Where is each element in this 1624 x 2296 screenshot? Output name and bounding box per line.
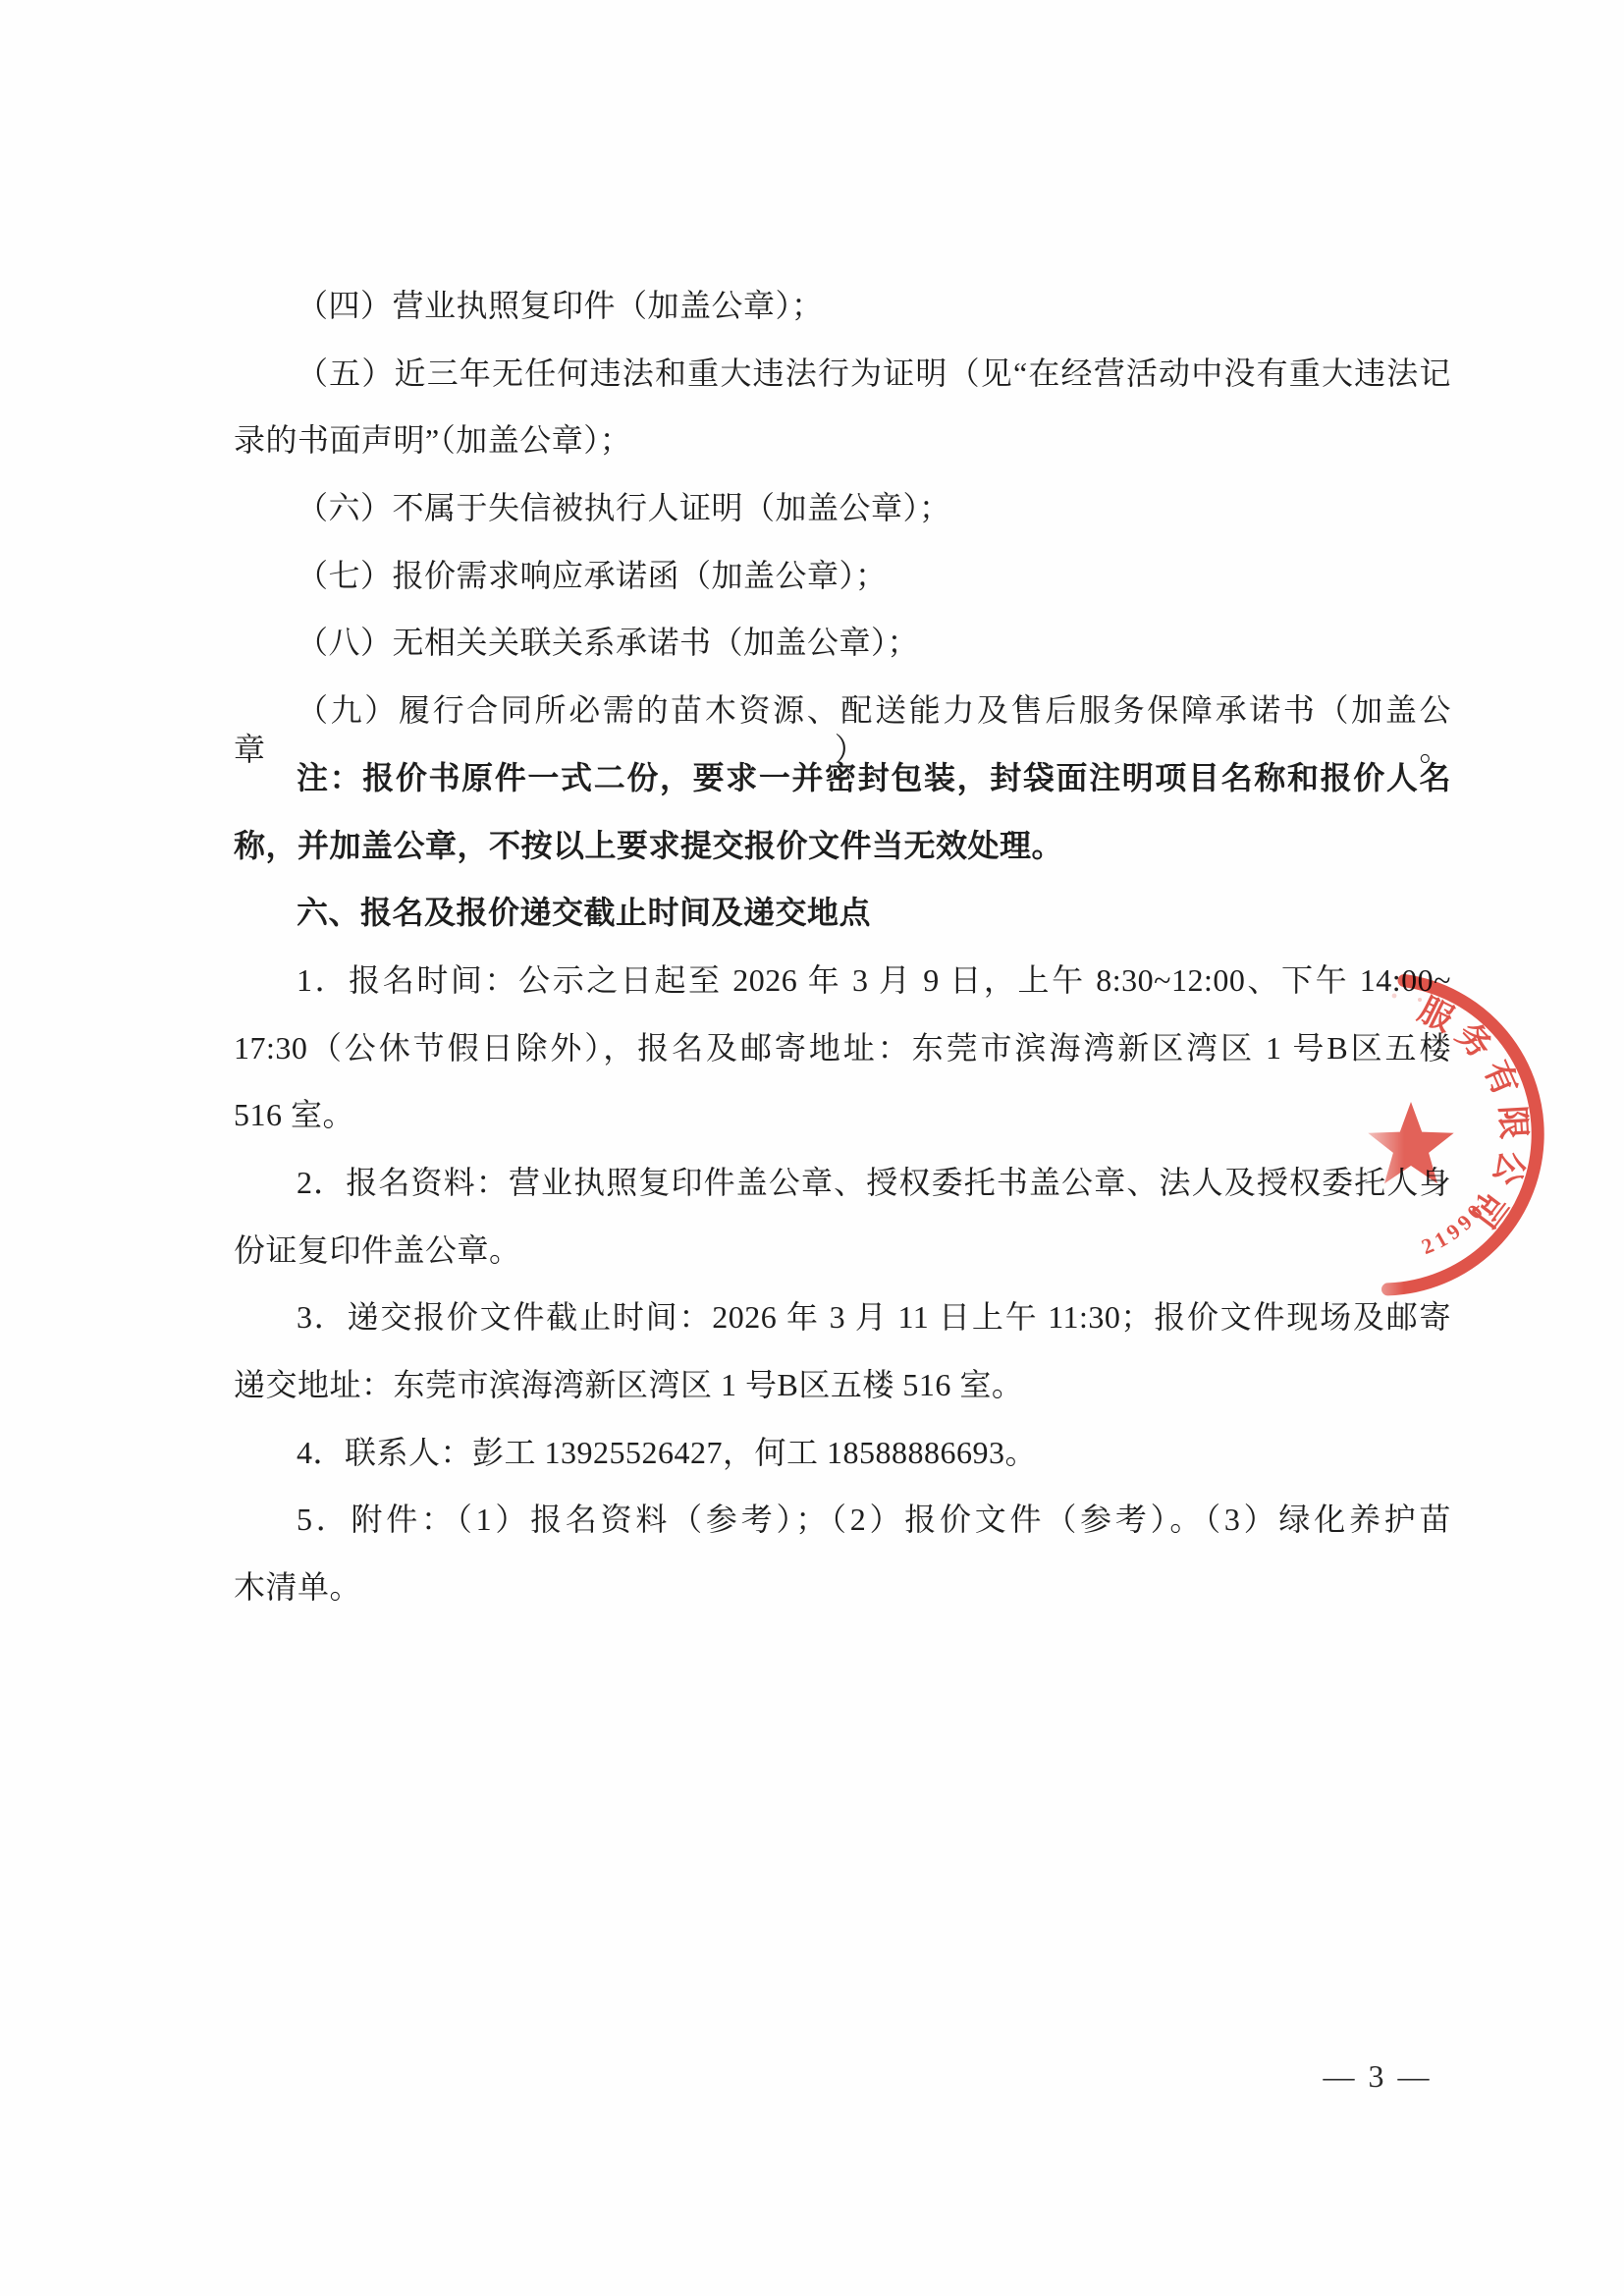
doc-line: 17:30（公休节假日除外），报名及邮寄地址：东莞市滨海湾新区湾区 1 号B区五… — [234, 1028, 1451, 1096]
svg-text:1: 1 — [1470, 1188, 1496, 1211]
doc-line: （七）报价需求响应承诺函（加盖公章）； — [234, 556, 1451, 624]
doc-line: 516 室。 — [234, 1095, 1451, 1163]
doc-line: （六）不属于失信被执行人证明（加盖公章）； — [234, 488, 1451, 556]
doc-line-note: 称，并加盖公章，不按以上要求提交报价文件当无效处理。 — [234, 826, 1451, 894]
doc-line-note: 注：报价书原件一式二份，要求一并密封包装，封袋面注明项目名称和报价人名 — [234, 758, 1451, 826]
doc-line: 3．递交报价文件截止时间：2026 年 3 月 11 日上午 11:30；报价文… — [234, 1297, 1451, 1365]
doc-line: 录的书面声明”（加盖公章）； — [234, 420, 1451, 488]
doc-line: （四）营业执照复印件（加盖公章）； — [234, 286, 1451, 354]
document-body: （四）营业执照复印件（加盖公章）； （五）近三年无任何违法和重大违法行为证明（见… — [234, 286, 1451, 1635]
doc-line: （五）近三年无任何违法和重大违法行为证明（见“在经营活动中没有重大违法记 — [234, 354, 1451, 421]
doc-line: 4．联系人：彭工 13925526427，何工 18588886693。 — [234, 1433, 1451, 1501]
doc-line: （八）无相关关联关系承诺书（加盖公章）； — [234, 623, 1451, 690]
doc-line: 2．报名资料：营业执照复印件盖公章、授权委托书盖公章、法人及授权委托人身 — [234, 1163, 1451, 1230]
doc-line: 递交地址：东莞市滨海湾新区湾区 1 号B区五楼 516 室。 — [234, 1365, 1451, 1433]
document-page: （四）营业执照复印件（加盖公章）； （五）近三年无任何违法和重大违法行为证明（见… — [0, 0, 1624, 2296]
doc-line: 1．报名时间：公示之日起至 2026 年 3 月 9 日，上午 8:30~12:… — [234, 960, 1451, 1028]
section-heading: 六、报名及报价递交截止时间及递交地点 — [234, 893, 1451, 960]
doc-line: （九）履行合同所必需的苗木资源、配送能力及售后服务保障承诺书（加盖公章）。 — [234, 690, 1451, 758]
svg-text:0: 0 — [1462, 1200, 1488, 1224]
page-number: — 3 — — [1294, 2058, 1461, 2095]
doc-line: 5．附件：（1）报名资料（参考）；（2）报价文件（参考）。（3）绿化养护苗 — [234, 1500, 1451, 1567]
doc-line: 份证复印件盖公章。 — [234, 1230, 1451, 1298]
doc-line: 木清单。 — [234, 1567, 1451, 1635]
svg-text:9: 9 — [1452, 1210, 1477, 1235]
